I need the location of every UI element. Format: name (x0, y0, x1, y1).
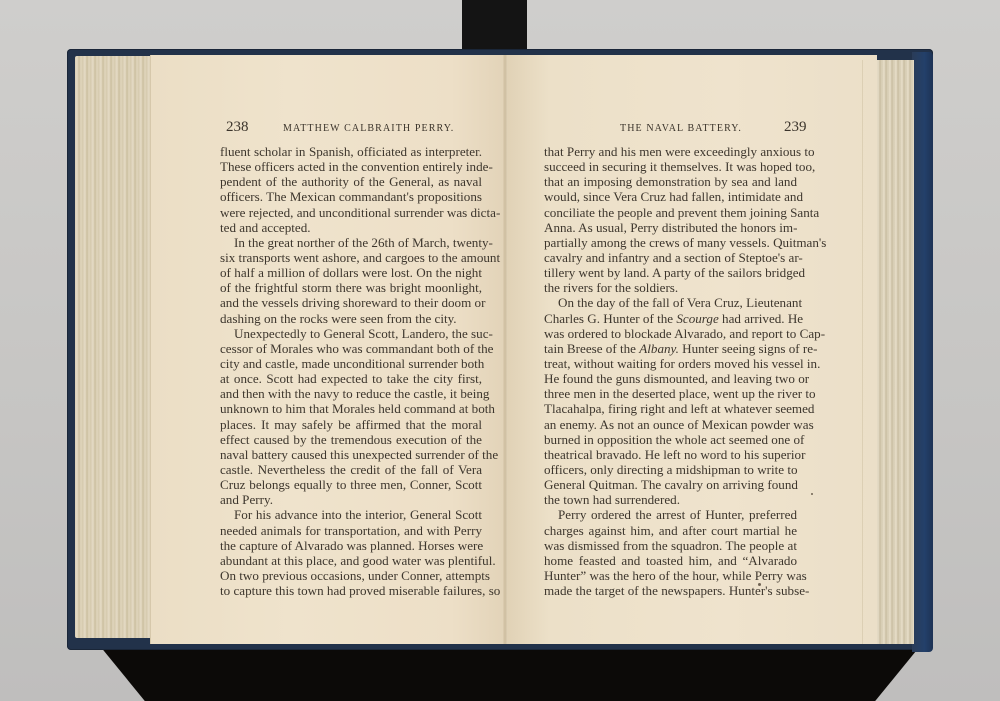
text-line: charges against him, and after court mar… (544, 523, 797, 538)
text-line: city and castle, made unconditional surr… (220, 356, 482, 371)
text-line: home feasted and toasted him, and “Alvar… (544, 553, 797, 568)
text-line: tain Breese of the Albany. Hunter seeing… (544, 341, 797, 356)
italic-ship-name: Albany. (639, 341, 679, 356)
text-line: Hunter” was the hero of the hour, while … (544, 568, 797, 583)
book-gutter (502, 55, 508, 644)
text-line: On two previous occasions, under Conner,… (220, 568, 482, 583)
page-edge-line (862, 60, 863, 644)
text-line: officers. The Mexican commandant's propo… (220, 189, 482, 204)
text-line: abundant at this place, and good water w… (220, 553, 482, 568)
text-line: and the vessels driving shoreward to the… (220, 295, 482, 310)
text-line: General Quitman. The cavalry on arriving… (544, 477, 797, 492)
text-line: the capture of Alvarado was planned. Hor… (220, 538, 482, 553)
text-line: treat, without waiting for orders moved … (544, 356, 797, 371)
book-cradle-strap (462, 0, 527, 52)
text-line: castle. Nevertheless the credit of the f… (220, 462, 482, 477)
text-line: six transports went ashore, and cargoes … (220, 250, 482, 265)
text-line: Anna. As usual, Perry distributed the ho… (544, 220, 797, 235)
text-line: In the great norther of the 26th of Marc… (220, 235, 482, 250)
right-page-body: that Perry and his men were exceedingly … (544, 144, 797, 598)
text-line: the rivers for the soldiers. (544, 280, 797, 295)
text-line: three men in the deserted place, went up… (544, 386, 797, 401)
text-line: effect caused by the tremendous executio… (220, 432, 482, 447)
text-line: naval battery caused this unexpected sur… (220, 447, 482, 462)
page-stack-right (876, 60, 914, 644)
text-line: unknown to him that Morales held command… (220, 401, 482, 416)
running-head-left: MATTHEW CALBRAITH PERRY. (283, 123, 454, 134)
text-line: at once. Scott had expected to take the … (220, 371, 482, 386)
left-page-body: fluent scholar in Spanish, officiated as… (220, 144, 482, 598)
text-line: Tlacahalpa, firing right and left at wha… (544, 401, 797, 416)
paper-speck (758, 583, 761, 586)
text-line: the town had surrendered. (544, 492, 797, 507)
text-line: tillery went by land. A party of the sai… (544, 265, 797, 280)
text-line: of the frightful storm there was bright … (220, 280, 482, 295)
text-line: theatrical bravado. He left no word to h… (544, 447, 797, 462)
text-line: Unexpectedly to General Scott, Landero, … (220, 326, 482, 341)
running-head-right: THE NAVAL BATTERY. (620, 123, 742, 134)
italic-ship-name: Scourge (676, 311, 718, 326)
page-edge-line (150, 55, 151, 644)
text-line: cavalry and infantry and a section of St… (544, 250, 797, 265)
paper-speck (811, 493, 813, 495)
text-line: and Perry. (220, 492, 482, 507)
page-number-right: 239 (784, 119, 807, 136)
text-line: burned in opposition the whole act seeme… (544, 432, 797, 447)
page-stack-left (75, 56, 151, 638)
text-line: fluent scholar in Spanish, officiated as… (220, 144, 482, 159)
text-line: pendent of the authority of the General,… (220, 174, 482, 189)
text-line: places. It may safely be affirmed that t… (220, 417, 482, 432)
text-line: was ordered to blockade Alvarado, and re… (544, 326, 797, 341)
text-line: and then with the navy to reduce the cas… (220, 386, 482, 401)
text-line: Cruz belongs equally to three men, Conne… (220, 477, 482, 492)
text-line: that an imposing demonstration by sea an… (544, 174, 797, 189)
text-line: succeed in securing it themselves. It wa… (544, 159, 797, 174)
text-line: an enemy. As not an ounce of Mexican pow… (544, 417, 797, 432)
text-line: were rejected, and unconditional surrend… (220, 205, 482, 220)
text-line: needed animals for transportation, and w… (220, 523, 482, 538)
text-line: would, since Vera Cruz had fallen, intim… (544, 189, 797, 204)
text-line: conciliate the people and prevent them j… (544, 205, 797, 220)
text-line: On the day of the fall of Vera Cruz, Lie… (544, 295, 797, 310)
book-cover-edge (912, 52, 933, 652)
text-line: He found the guns dismounted, and leavin… (544, 371, 797, 386)
text-line: These officers acted in the convention e… (220, 159, 482, 174)
text-line: partially among the crews of many vessel… (544, 235, 797, 250)
text-line: cessor of Morales who was commandant bot… (220, 341, 482, 356)
page-number-left: 238 (226, 119, 249, 136)
text-line: ted and accepted. (220, 220, 482, 235)
text-line: officers, only directing a midshipman to… (544, 462, 797, 477)
text-line: of half a million of dollars were lost. … (220, 265, 482, 280)
text-line: Charles G. Hunter of the Scourge had arr… (544, 311, 797, 326)
text-line: For his advance into the interior, Gener… (220, 507, 482, 522)
text-line: Perry ordered the arrest of Hunter, pref… (544, 507, 797, 522)
text-line: that Perry and his men were exceedingly … (544, 144, 797, 159)
text-line: was dismissed from the squadron. The peo… (544, 538, 797, 553)
text-line: to capture this town had proved miserabl… (220, 583, 482, 598)
text-line: dashing on the rocks were seen from the … (220, 311, 482, 326)
